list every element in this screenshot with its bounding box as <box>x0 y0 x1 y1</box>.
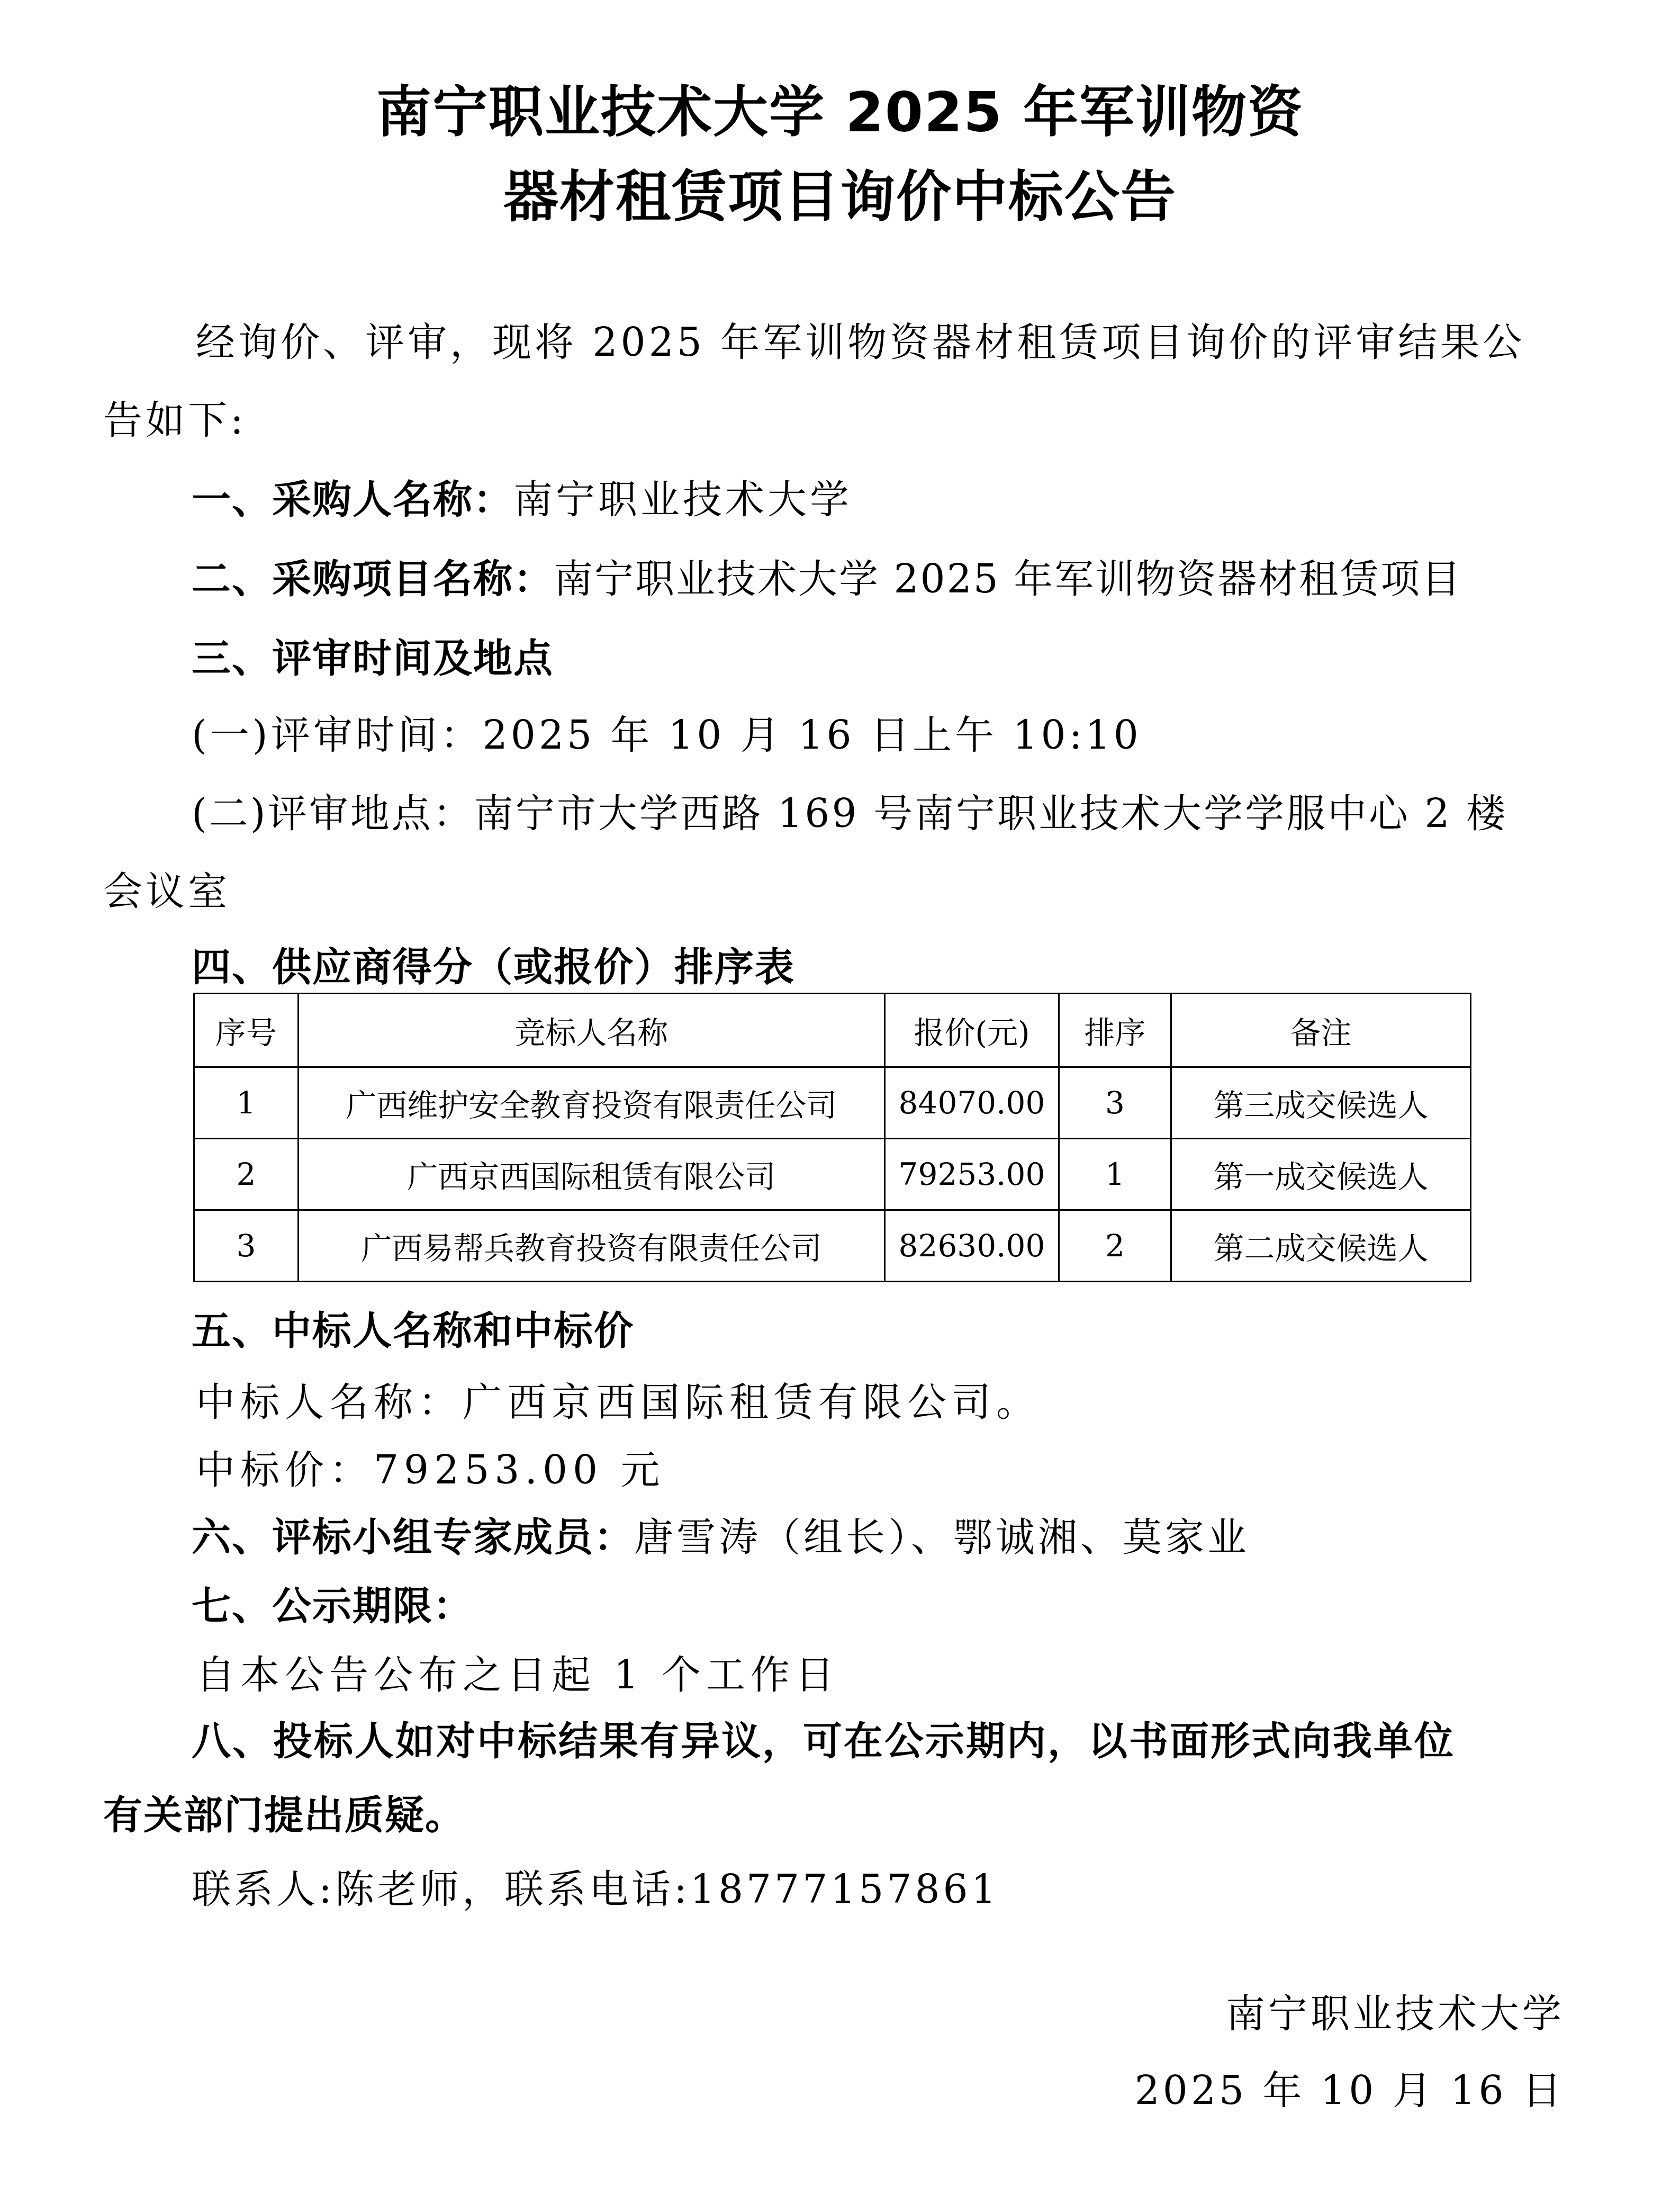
cell-quote: 84070.00 <box>884 1067 1059 1139</box>
header-quote: 报价(元) <box>884 994 1059 1067</box>
review-place-line-1: (二)评审地点：南宁市大学西路 169 号南宁职业技术大学学服中心 2 楼 <box>192 782 1507 839</box>
section-8-line-1: 八、投标人如对中标结果有异议，可在公示期内，以书面形式向我单位 <box>192 1710 1455 1766</box>
project-name: 南宁职业技术大学 2025 年军训物资器材租赁项目 <box>554 556 1462 602</box>
table-row: 2 广西京西国际租赁有限公司 79253.00 1 第一成交候选人 <box>194 1139 1471 1210</box>
review-place-line-2: 会议室 <box>103 860 230 916</box>
signature-organization: 南宁职业技术大学 <box>1226 1983 1565 2039</box>
table-row: 1 广西维护安全教育投资有限责任公司 84070.00 3 第三成交候选人 <box>194 1067 1471 1139</box>
section-6: 六、评标小组专家成员：唐雪涛（组长）、鄂诚湘、莫家业 <box>192 1506 1250 1562</box>
section-2-heading: 二、采购项目名称： <box>192 556 554 602</box>
section-1-heading: 一、采购人名称： <box>192 477 513 523</box>
section-3-heading: 三、评审时间及地点 <box>192 627 554 683</box>
section-4-heading: 四、供应商得分（或报价）排序表 <box>192 936 795 992</box>
table-header-row: 序号 竞标人名称 报价(元) 排序 备注 <box>194 994 1471 1067</box>
section-5-heading: 五、中标人名称和中标价 <box>192 1300 634 1356</box>
section-6-heading: 六、评标小组专家成员： <box>192 1515 634 1560</box>
cell-quote: 82630.00 <box>884 1210 1059 1282</box>
cell-index: 3 <box>194 1210 299 1282</box>
header-bidder-name: 竞标人名称 <box>298 994 884 1067</box>
cell-rank: 1 <box>1059 1139 1171 1210</box>
intro-line-2: 告如下: <box>103 389 247 445</box>
header-rank: 排序 <box>1059 994 1171 1067</box>
signature-date: 2025 年 10 月 16 日 <box>1135 2059 1565 2116</box>
cell-bidder-name: 广西京西国际租赁有限公司 <box>298 1139 884 1210</box>
cell-bidder-name: 广西维护安全教育投资有限责任公司 <box>298 1067 884 1139</box>
purchaser-name: 南宁职业技术大学 <box>513 477 852 523</box>
supplier-ranking-table: 序号 竞标人名称 报价(元) 排序 备注 1 广西维护安全教育投资有限责任公司 … <box>193 993 1471 1282</box>
review-time: (一)评审时间：2025 年 10 月 16 日上午 10:10 <box>192 704 1142 760</box>
expert-members: 唐雪涛（组长）、鄂诚湘、莫家业 <box>634 1515 1250 1560</box>
publicity-period: 自本公告公布之日起 1 个工作日 <box>196 1644 839 1700</box>
page-title-line-1: 南宁职业技术大学 2025 年军训物资 <box>0 68 1680 147</box>
winner-name: 中标人名称：广西京西国际租赁有限公司。 <box>196 1371 1041 1427</box>
cell-rank: 3 <box>1059 1067 1171 1139</box>
section-2: 二、采购项目名称：南宁职业技术大学 2025 年军训物资器材租赁项目 <box>192 548 1462 604</box>
cell-remark: 第三成交候选人 <box>1171 1067 1470 1139</box>
intro-line-1: 经询价、评审，现将 2025 年军训物资器材租赁项目询价的评审结果公 <box>196 311 1525 367</box>
cell-remark: 第二成交候选人 <box>1171 1210 1470 1282</box>
contact-info: 联系人:陈老师，联系电话:18777157861 <box>192 1858 999 1914</box>
winning-price: 中标价：79253.00 元 <box>196 1439 665 1495</box>
header-remark: 备注 <box>1171 994 1470 1067</box>
cell-index: 1 <box>194 1067 299 1139</box>
cell-bidder-name: 广西易帮兵教育投资有限责任公司 <box>298 1210 884 1282</box>
cell-index: 2 <box>194 1139 299 1210</box>
table-row: 3 广西易帮兵教育投资有限责任公司 82630.00 2 第二成交候选人 <box>194 1210 1471 1282</box>
header-index: 序号 <box>194 994 299 1067</box>
cell-quote: 79253.00 <box>884 1139 1059 1210</box>
section-8-line-2: 有关部门提出质疑。 <box>103 1784 465 1840</box>
section-1: 一、采购人名称：南宁职业技术大学 <box>192 469 852 525</box>
section-7-heading: 七、公示期限： <box>192 1575 473 1631</box>
cell-remark: 第一成交候选人 <box>1171 1139 1470 1210</box>
page-title-line-2: 器材租赁项目询价中标公告 <box>0 152 1680 232</box>
cell-rank: 2 <box>1059 1210 1171 1282</box>
